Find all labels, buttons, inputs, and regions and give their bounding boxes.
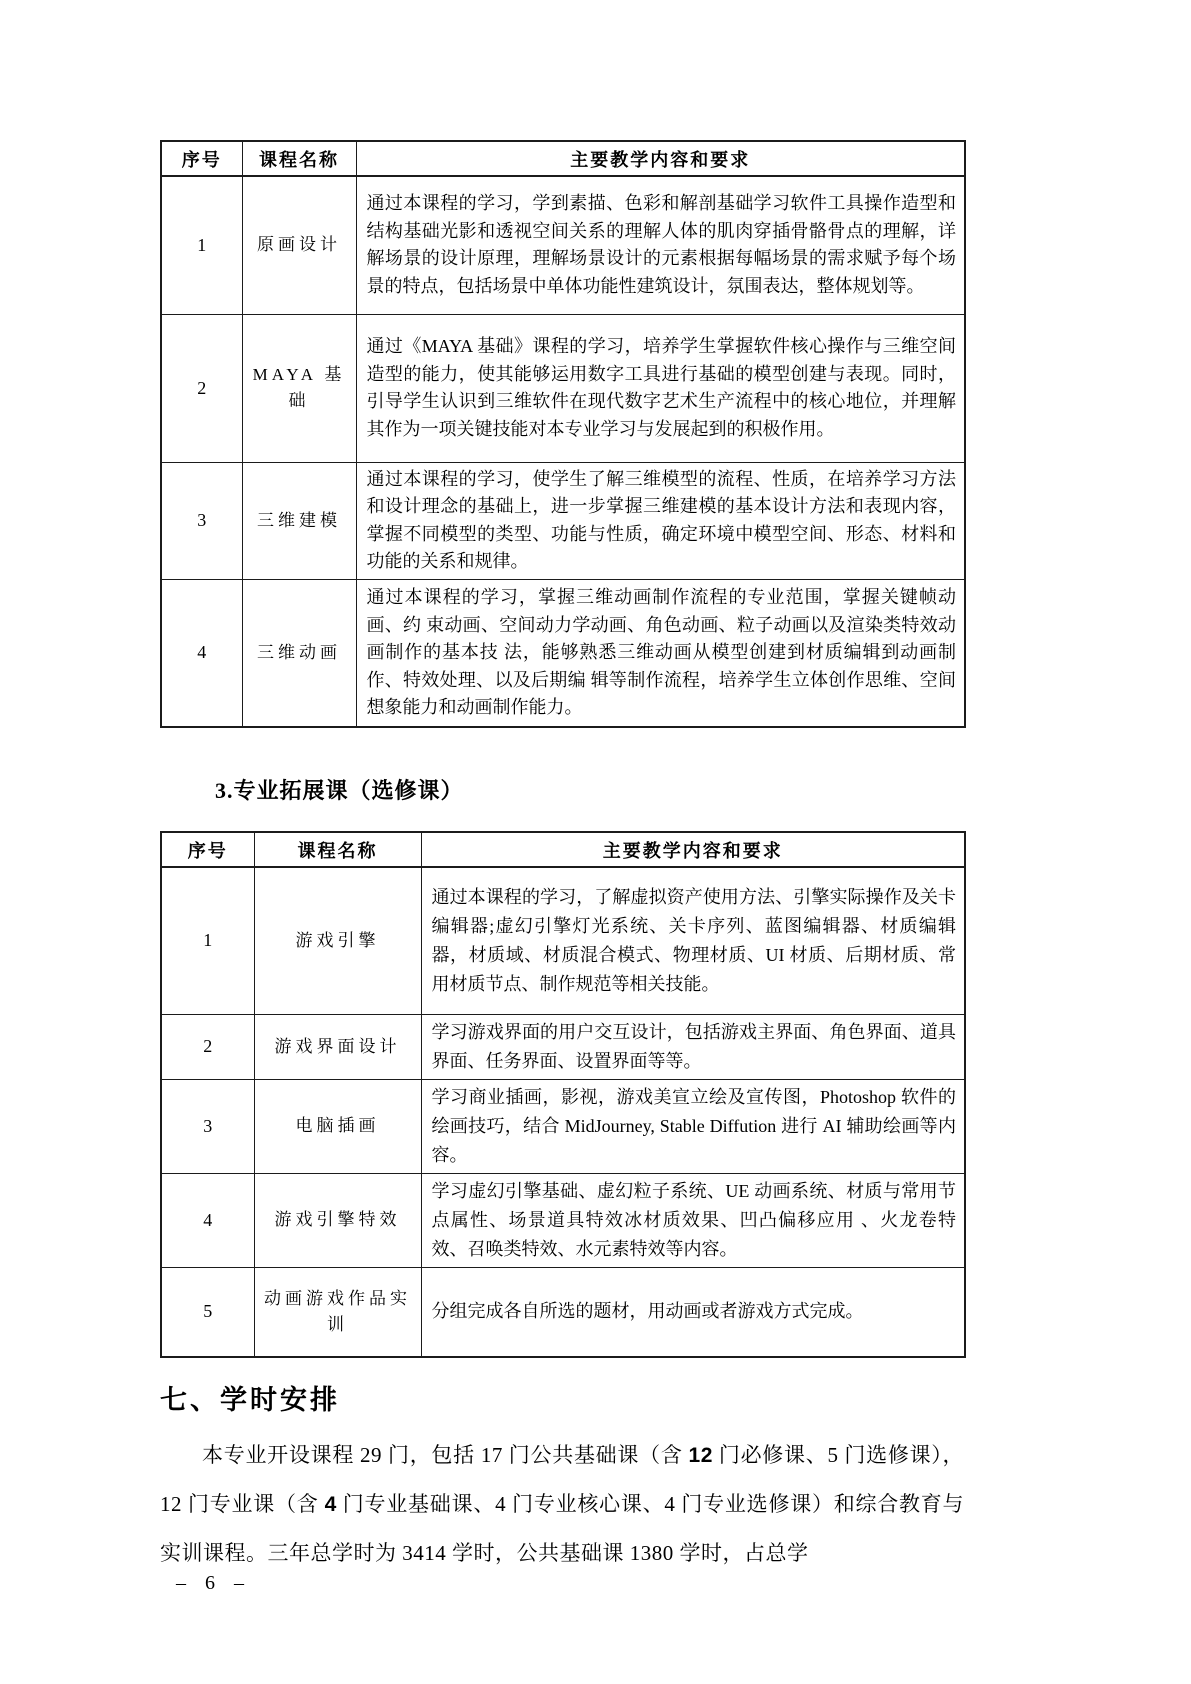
table-row: 4 游戏引擎特效 学习虚幻引擎基础、虚幻粒子系统、UE 动画系统、材质与常用节点… <box>161 1173 965 1267</box>
course-name-cell: 游戏引擎特效 <box>254 1173 421 1267</box>
column-header-course-name: 课程名称 <box>242 141 356 176</box>
column-header-course-name: 课程名称 <box>254 832 421 867</box>
row-number-cell: 1 <box>161 867 254 1014</box>
column-header-content: 主要教学内容和要求 <box>356 141 965 176</box>
course-name-cell: 三维建模 <box>242 462 356 579</box>
course-content-cell: 学习虚幻引擎基础、虚幻粒子系统、UE 动画系统、材质与常用节点属性、场景道具特效… <box>421 1173 965 1267</box>
course-content-cell: 通过本课程的学习，使学生了解三维模型的流程、性质，在培养学习方法和设计理念的基础… <box>356 462 965 579</box>
course-content-cell: 学习商业插画，影视，游戏美宣立绘及宣传图，Photoshop 软件的绘画技巧，结… <box>421 1079 965 1173</box>
course-content-cell: 通过本课程的学习，学到素描、色彩和解剖基础学习软件工具操作造型和结构基础光影和透… <box>356 176 965 314</box>
table-row: 1 原画设计 通过本课程的学习，学到素描、色彩和解剖基础学习软件工具操作造型和结… <box>161 176 965 314</box>
page-content: 序号 课程名称 主要教学内容和要求 1 原画设计 通过本课程的学习，学到素描、色… <box>160 140 964 1578</box>
course-content-cell: 通过本课程的学习，掌握三维动画制作流程的专业范围，掌握关键帧动画、约 束动画、空… <box>356 579 965 727</box>
row-number-cell: 3 <box>161 462 242 579</box>
course-content-cell: 通过《MAYA 基础》课程的学习，培养学生掌握软件核心操作与三维空间造型的能力，… <box>356 314 965 462</box>
row-number-cell: 5 <box>161 1267 254 1357</box>
class-hours-paragraph: 本专业开设课程 29 门，包括 17 门公共基础课（含 12 门必修课、5 门选… <box>160 1431 964 1578</box>
table-row: 2 MAYA 基础 通过《MAYA 基础》课程的学习，培养学生掌握软件核心操作与… <box>161 314 965 462</box>
elective-course-table: 序号 课程名称 主要教学内容和要求 1 游戏引擎 通过本课程的学习，了解虚拟资产… <box>160 831 966 1358</box>
row-number-cell: 1 <box>161 176 242 314</box>
table-header-row: 序号 课程名称 主要教学内容和要求 <box>161 832 965 867</box>
course-name-cell: 动画游戏作品实训 <box>254 1267 421 1357</box>
table-row: 3 电脑插画 学习商业插画，影视，游戏美宣立绘及宣传图，Photoshop 软件… <box>161 1079 965 1173</box>
course-name-cell: 原画设计 <box>242 176 356 314</box>
section-heading-elective-courses: 3.专业拓展课（选修课） <box>215 774 964 805</box>
row-number-cell: 3 <box>161 1079 254 1173</box>
course-name-cell: MAYA 基础 <box>242 314 356 462</box>
course-content-cell: 通过本课程的学习，了解虚拟资产使用方法、引擎实际操作及关卡编辑器;虚幻引擎灯光系… <box>421 867 965 1014</box>
core-course-table: 序号 课程名称 主要教学内容和要求 1 原画设计 通过本课程的学习，学到素描、色… <box>160 140 966 728</box>
course-content-cell: 学习游戏界面的用户交互设计，包括游戏主界面、角色界面、道具界面、任务界面、设置界… <box>421 1014 965 1079</box>
table-row: 5 动画游戏作品实训 分组完成各自所选的题材，用动画或者游戏方式完成。 <box>161 1267 965 1357</box>
course-content-cell: 分组完成各自所选的题材，用动画或者游戏方式完成。 <box>421 1267 965 1357</box>
document-page: 序号 课程名称 主要教学内容和要求 1 原画设计 通过本课程的学习，学到素描、色… <box>0 0 1191 1684</box>
row-number-cell: 2 <box>161 1014 254 1079</box>
course-name-cell: 游戏界面设计 <box>254 1014 421 1079</box>
row-number-cell: 4 <box>161 579 242 727</box>
table-row: 1 游戏引擎 通过本课程的学习，了解虚拟资产使用方法、引擎实际操作及关卡编辑器;… <box>161 867 965 1014</box>
table-row: 2 游戏界面设计 学习游戏界面的用户交互设计，包括游戏主界面、角色界面、道具界面… <box>161 1014 965 1079</box>
table-row: 4 三维动画 通过本课程的学习，掌握三维动画制作流程的专业范围，掌握关键帧动画、… <box>161 579 965 727</box>
course-name-cell: 电脑插画 <box>254 1079 421 1173</box>
course-name-cell: 三维动画 <box>242 579 356 727</box>
column-header-index: 序号 <box>161 832 254 867</box>
section-heading-class-hours: 七、学时安排 <box>160 1378 964 1417</box>
row-number-cell: 2 <box>161 314 242 462</box>
column-header-content: 主要教学内容和要求 <box>421 832 965 867</box>
table-row: 3 三维建模 通过本课程的学习，使学生了解三维模型的流程、性质，在培养学习方法和… <box>161 462 965 579</box>
page-number: – 6 – <box>176 1572 251 1595</box>
column-header-index: 序号 <box>161 141 242 176</box>
row-number-cell: 4 <box>161 1173 254 1267</box>
course-name-cell: 游戏引擎 <box>254 867 421 1014</box>
table-header-row: 序号 课程名称 主要教学内容和要求 <box>161 141 965 176</box>
